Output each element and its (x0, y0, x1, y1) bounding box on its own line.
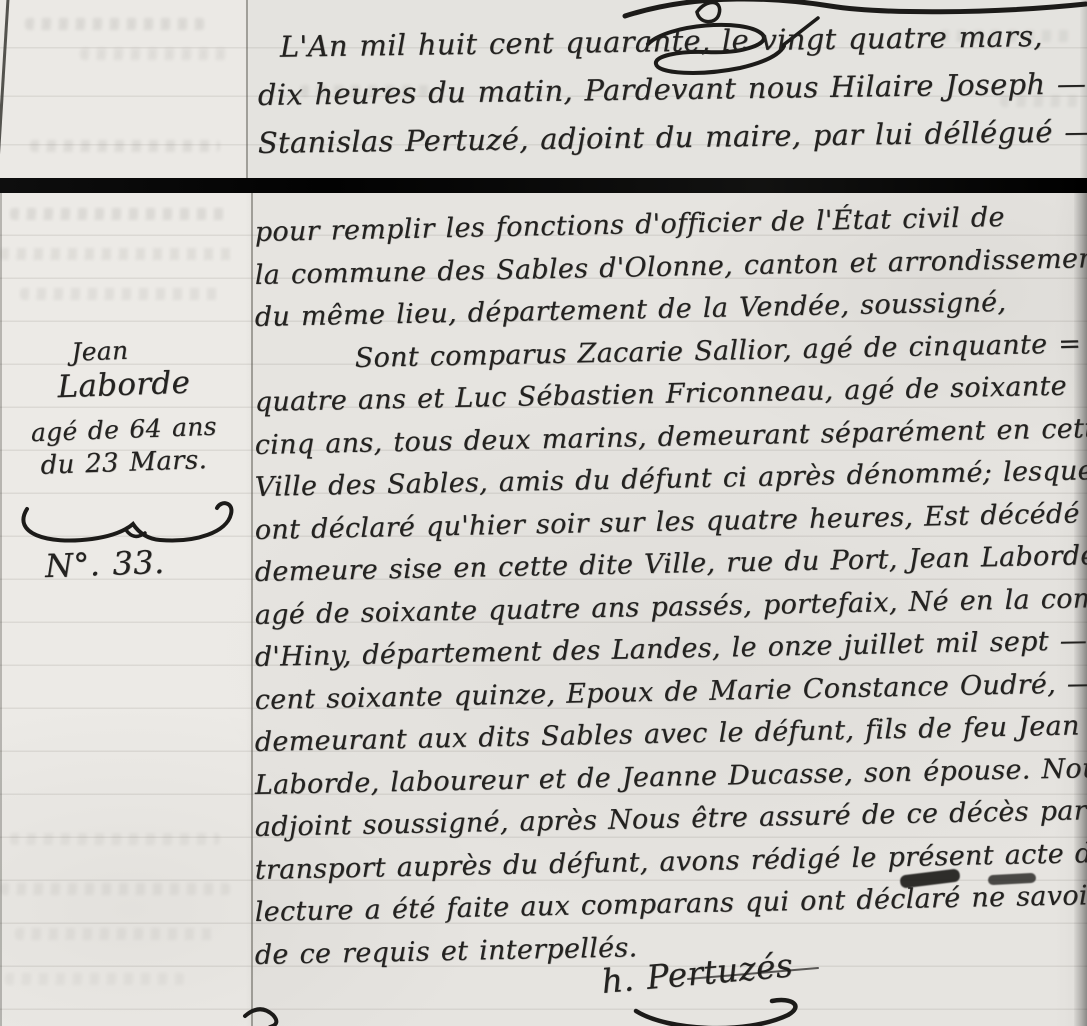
bleed-through-mark (0, 248, 235, 260)
margin-date-note: du 23 Mars. (7, 444, 240, 482)
scan-seam-band (0, 178, 1087, 193)
bleed-through-mark (80, 48, 230, 60)
header-line: Stanislas Pertuzé, adjoint du maire, par… (258, 115, 1079, 174)
bleed-through-mark (0, 883, 230, 895)
act-opening: L'An mil huit cent quarante, le vingt qu… (258, 30, 1078, 174)
page-fold-shadow (0, 0, 10, 178)
margin-annotation: Jean Laborde agé de 64 ans du 23 Mars. (8, 340, 240, 482)
page-left-edge (0, 193, 2, 1026)
bleed-through-mark (20, 288, 220, 300)
bleed-through-mark (30, 140, 220, 152)
act-body: pour remplir les fonctions d'officier de… (255, 217, 1083, 982)
margin-deceased-surname: Laborde (7, 363, 240, 407)
margin-age-note: agé de 64 ans (7, 411, 240, 448)
bleed-through-mark (25, 18, 205, 30)
top-fragment: L'An mil huit cent quarante, le vingt qu… (0, 0, 1087, 178)
bleed-through-mark (10, 833, 220, 845)
bleed-through-mark (10, 208, 230, 220)
death-record-scan: L'An mil huit cent quarante, le vingt qu… (0, 0, 1087, 1026)
record-number: N°. 33. (44, 543, 165, 585)
bleed-through-mark (15, 928, 215, 940)
margin-rule (246, 0, 248, 178)
main-fragment: Jean Laborde agé de 64 ans du 23 Mars. N… (0, 193, 1087, 1026)
margin-rule (251, 193, 253, 1026)
bleed-through-mark (5, 973, 185, 985)
